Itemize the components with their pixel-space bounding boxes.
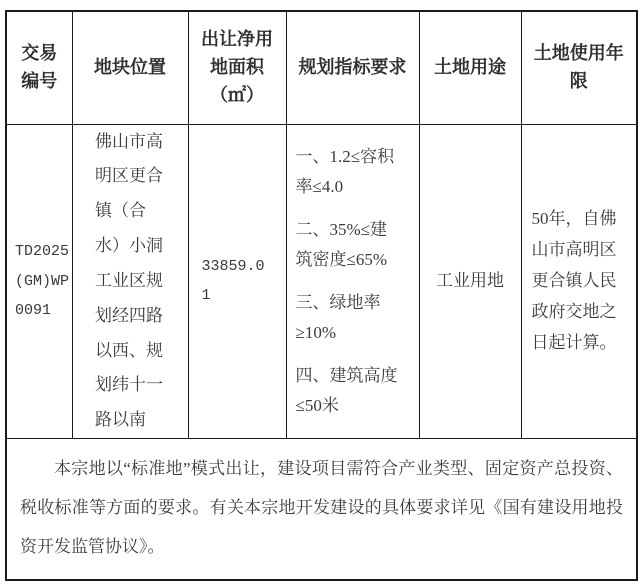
note-cell: 本宗地以“标准地”模式出让，建设项目需符合产业类型、固定资产总投资、税收标准等方… xyxy=(6,439,637,580)
header-tenure: 土地使用年限 xyxy=(521,11,637,124)
transaction-id-value: TD2025(GM)WP0091 xyxy=(15,237,73,325)
planning-requirements-cell: 一、1.2≤容积率≤4.0 二、35%≤建筑密度≤65% 三、绿地率≥10% 四… xyxy=(286,124,419,439)
location-value: 佛山市高明区更合镇（合水）小洞工业区规划经四路以西、规划纬十一路以南 xyxy=(95,125,165,439)
tenure-cell: 50年，自佛山市高明区更合镇人民政府交地之日起计算。 xyxy=(521,124,637,439)
header-land-use: 土地用途 xyxy=(419,11,521,124)
planning-requirement-height: 四、建筑高度≤50米 xyxy=(296,361,402,421)
location-cell: 佛山市高明区更合镇（合水）小洞工业区规划经四路以西、规划纬十一路以南 xyxy=(72,124,188,439)
header-net-area: 出让净用地面积（㎡） xyxy=(188,11,286,124)
note-text: 本宗地以“标准地”模式出让，建设项目需符合产业类型、固定资产总投资、税收标准等方… xyxy=(20,449,623,566)
land-use-value: 工业用地 xyxy=(436,271,504,290)
header-planning-requirements: 规划指标要求 xyxy=(286,11,419,124)
planning-requirements-list: 一、1.2≤容积率≤4.0 二、35%≤建筑密度≤65% 三、绿地率≥10% 四… xyxy=(296,142,402,420)
note-row: 本宗地以“标准地”模式出让，建设项目需符合产业类型、固定资产总投资、税收标准等方… xyxy=(6,439,637,580)
planning-requirement-density: 二、35%≤建筑密度≤65% xyxy=(296,215,402,275)
parcel-row: TD2025(GM)WP0091 佛山市高明区更合镇（合水）小洞工业区规划经四路… xyxy=(6,124,637,439)
land-parcel-table: 交易编号 地块位置 出让净用地面积（㎡） 规划指标要求 土地用途 土地使用年限 … xyxy=(5,10,638,581)
land-use-cell: 工业用地 xyxy=(419,124,521,439)
net-area-value: 33859.01 xyxy=(202,252,266,311)
header-transaction-id: 交易编号 xyxy=(6,11,72,124)
tenure-value: 50年，自佛山市高明区更合镇人民政府交地之日起计算。 xyxy=(532,204,618,359)
transaction-id-cell: TD2025(GM)WP0091 xyxy=(6,124,72,439)
net-area-cell: 33859.01 xyxy=(188,124,286,439)
document-page: 交易编号 地块位置 出让净用地面积（㎡） 规划指标要求 土地用途 土地使用年限 … xyxy=(0,0,642,588)
planning-requirement-green-ratio: 三、绿地率≥10% xyxy=(296,288,402,348)
header-location: 地块位置 xyxy=(72,11,188,124)
planning-requirement-far: 一、1.2≤容积率≤4.0 xyxy=(296,142,402,202)
table-header-row: 交易编号 地块位置 出让净用地面积（㎡） 规划指标要求 土地用途 土地使用年限 xyxy=(6,11,637,124)
